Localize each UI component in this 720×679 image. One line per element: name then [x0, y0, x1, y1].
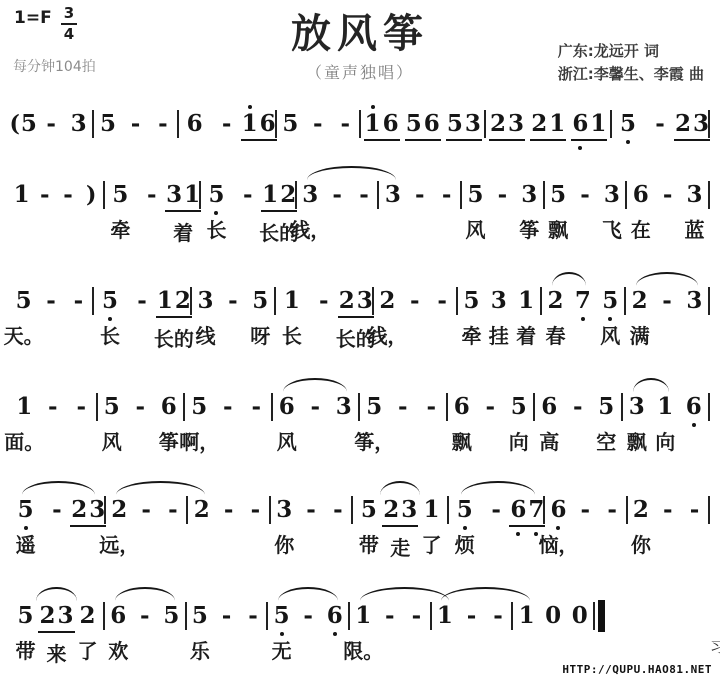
system: 5带23来2了6欢-55乐--5无-61限。--1--100: [10, 586, 605, 668]
dash-extender: -: [73, 287, 85, 315]
note: 6: [423, 110, 441, 138]
octave-dot-low: [578, 146, 582, 150]
slur-arc: [283, 378, 347, 392]
lyric-slot: 你: [271, 529, 298, 559]
note-cluster: 3: [520, 181, 538, 209]
dash-extender: -: [662, 496, 674, 524]
measure: 5长-12长的: [201, 181, 295, 247]
note-group: -: [580, 496, 592, 524]
note-cluster: 6: [453, 393, 471, 421]
slur-arc: [633, 378, 669, 392]
note-group: 5: [510, 393, 528, 421]
note-group: -: [45, 287, 57, 315]
lyric-slot: 呀: [247, 320, 274, 350]
dash-extender: -: [302, 602, 314, 630]
lyric-slot: [37, 320, 64, 350]
note-cluster: -: [227, 287, 239, 315]
note-unit: 5向: [505, 393, 534, 456]
octave-dot-low: [626, 140, 630, 144]
header: 1=F 3 4 每分钟104拍 放风筝 （童声独唱） 广东:龙远开 词 浙江:李…: [0, 0, 720, 90]
note-cluster: 16: [364, 110, 400, 141]
lyric-slot: [489, 214, 516, 244]
lyric-slot: 长的: [158, 323, 190, 353]
lyric-syllable: 无: [272, 635, 292, 664]
lyric-slot: [653, 320, 680, 350]
note-cluster: 6: [685, 393, 703, 421]
note-cluster: -: [689, 496, 701, 524]
note-unit: 61: [569, 110, 610, 141]
note-unit: 5天。: [10, 287, 37, 350]
lyric-slot: 远，: [106, 529, 133, 559]
note-cluster: 5: [111, 181, 129, 209]
note-unit: -: [644, 110, 676, 141]
note-unit: 6恼，: [545, 496, 572, 559]
note: 5: [16, 602, 34, 630]
note-unit: -: [403, 602, 430, 665]
lyric-syllable: 牵: [461, 320, 481, 349]
note-unit: 2了: [72, 602, 103, 668]
note-group: 0: [544, 602, 562, 630]
measure: 6风-3: [273, 393, 359, 456]
lyric-slot: [406, 214, 433, 244]
note-group: 6: [186, 110, 204, 138]
lyric-syllable: 筝: [159, 426, 179, 455]
measure: 3你--: [271, 496, 351, 559]
dash-extender: -: [409, 287, 421, 315]
note-unit: -: [160, 496, 187, 559]
note-group: -: [146, 181, 158, 209]
dash-extender: -: [411, 602, 423, 630]
dash-extender: -: [242, 181, 254, 209]
note-cluster: -: [312, 110, 324, 138]
note-cluster: -: [167, 496, 179, 524]
lyric-syllable: 向: [655, 426, 675, 455]
note: 1: [283, 287, 301, 315]
note-unit: -: [389, 393, 418, 456]
note-group: 1: [656, 393, 674, 421]
note-cluster: 0: [544, 602, 562, 630]
note-unit: 16: [243, 110, 275, 141]
note-cluster: 6: [326, 602, 344, 630]
lyric-syllable: 了: [422, 529, 442, 558]
slur-arc: [552, 272, 587, 286]
note-unit: 5带: [10, 602, 41, 668]
lyric-slot: 欢: [105, 635, 132, 665]
note-unit: -: [572, 496, 599, 559]
note-group: 3: [520, 181, 538, 209]
notes-row: 5遥-232远，--2--3你--5带23走1了5烦-676恼，--2你--: [10, 480, 710, 562]
measure: 5遥-23: [10, 496, 104, 562]
note-group: 6: [453, 393, 471, 421]
note-group: -: [318, 287, 330, 315]
note-group: 12: [261, 181, 297, 212]
note-cluster: 2: [193, 496, 211, 524]
note-group: -: [689, 496, 701, 524]
note-group: -: [409, 287, 421, 315]
note-group: 61: [571, 110, 607, 141]
note: 5: [162, 602, 180, 630]
measure: 5飘-3飞: [545, 181, 626, 244]
paren-open: (: [10, 110, 20, 138]
composer-credit: 浙江:李馨生、李霞 曲: [558, 63, 704, 86]
note-group: 5: [273, 602, 291, 630]
note: 5: [549, 181, 567, 209]
note-unit: 5风: [462, 181, 489, 244]
note-group: -: [227, 287, 239, 315]
note-cluster: -: [572, 393, 584, 421]
note-cluster: -: [436, 287, 448, 315]
octave-dot-high: [248, 105, 252, 109]
note-unit: -: [428, 287, 455, 350]
note: 3: [603, 181, 621, 209]
note-unit: 3飘: [623, 393, 652, 456]
note-cluster: -: [75, 393, 87, 421]
note-cluster: -: [157, 110, 169, 138]
note-group: -: [139, 602, 151, 630]
lyric-slot: 着: [167, 217, 198, 247]
lyric-slot: 春: [542, 320, 569, 350]
key-signature: 1=F 3 4: [14, 8, 77, 42]
note-group: 5: [101, 287, 119, 315]
note-cluster: -: [250, 496, 262, 524]
lyric-slot: 蓝: [681, 214, 708, 244]
lyric-slot: [401, 320, 428, 350]
note-group: -: [484, 393, 496, 421]
note: 5: [462, 287, 480, 315]
note: 2: [382, 496, 400, 524]
note-unit: 3: [65, 110, 92, 138]
note-group: 1: [354, 602, 372, 630]
lyric-slot: 线: [192, 320, 219, 350]
note-cluster: -: [339, 110, 351, 138]
note-unit: 23: [676, 110, 708, 141]
slur-arc: [636, 272, 698, 286]
measure: 1长-23长的: [276, 287, 372, 353]
lyric-slot: 带: [10, 635, 41, 665]
lyric-slot: [324, 214, 351, 244]
note-unit: -: [149, 110, 176, 138]
lyric-slot: [160, 529, 187, 559]
slur-arc: [116, 481, 206, 495]
note-cluster: -: [358, 181, 370, 209]
note-unit: 3: [379, 181, 406, 244]
note: 6: [109, 602, 127, 630]
note-cluster: 3: [628, 393, 646, 421]
lyric-slot: [56, 214, 79, 244]
note-group: -: [384, 602, 396, 630]
note-group: 21: [530, 110, 566, 141]
note-group: 2: [631, 287, 649, 315]
note-cluster: 3: [603, 181, 621, 209]
dash-extender: -: [39, 181, 51, 209]
note-group: 5: [365, 393, 383, 421]
note-unit: -: [56, 181, 79, 244]
dash-extender: -: [414, 181, 426, 209]
lyric-slot: 飞: [598, 214, 625, 244]
note-unit: 3: [681, 287, 708, 350]
note: 3: [490, 287, 508, 315]
note-unit: 7: [569, 287, 596, 350]
note-cluster: -: [305, 496, 317, 524]
note-unit: -: [654, 496, 681, 559]
note-cluster: -: [62, 181, 74, 209]
lyric-slot: [126, 426, 155, 456]
lyric-slot: 飘: [545, 214, 572, 244]
dash-extender: -: [223, 496, 235, 524]
note-unit: -: [37, 110, 64, 138]
note-group: 3: [686, 181, 704, 209]
note-unit: 5: [277, 110, 304, 138]
note: 2: [489, 110, 507, 138]
note-unit: -: [122, 110, 149, 138]
note-cluster: 1: [283, 287, 301, 315]
note-cluster: -: [146, 181, 158, 209]
note: 5: [597, 393, 615, 421]
note-group: -: [312, 110, 324, 138]
note-unit: -: [351, 181, 378, 244]
dash-extender: -: [157, 110, 169, 138]
note-group: 23: [338, 287, 374, 318]
note-group: 6: [549, 496, 567, 524]
lyric-syllable: 满: [630, 320, 650, 349]
note: 3: [165, 181, 183, 209]
lyric-syllable: 长: [100, 320, 120, 349]
note: 3: [356, 287, 374, 315]
note-unit: 5带: [353, 496, 384, 562]
note-cluster: 16: [241, 110, 277, 141]
time-signature-denominator: 4: [61, 25, 77, 43]
note-group: -: [654, 110, 666, 138]
note: 3: [70, 110, 88, 138]
dash-extender: -: [339, 110, 351, 138]
note: 3: [686, 181, 704, 209]
dash-extender: -: [318, 287, 330, 315]
note-cluster: 5: [101, 287, 119, 315]
octave-dot-high: [371, 105, 375, 109]
note-group: -: [242, 181, 254, 209]
note-unit: 3飞: [598, 181, 625, 244]
note-unit: 2满: [626, 287, 653, 350]
lyric-slot: [158, 635, 185, 665]
lyric-slot: [681, 320, 708, 350]
system: 5天。--5长-12长的3线-5呀1长-23长的2线，--5牵3挂1着2春75风…: [10, 271, 710, 353]
lyric-slot: [389, 426, 418, 456]
note-unit: -: [332, 110, 359, 138]
note-group: -: [606, 496, 618, 524]
note: 6: [326, 602, 344, 630]
note-group: -: [130, 110, 142, 138]
note-group: 5: [16, 602, 34, 630]
notes-row: 5天。--5长-12长的3线-5呀1长-23长的2线，--5牵3挂1着2春75风…: [10, 271, 710, 353]
measure: 3线，--: [297, 181, 378, 244]
note-unit: -: [301, 393, 330, 456]
note-unit: 2线，: [374, 287, 401, 350]
note-cluster: -: [136, 287, 148, 315]
lyric-syllable: 遥: [16, 529, 36, 558]
measure: 3--: [379, 181, 460, 244]
note-cluster: -: [662, 496, 674, 524]
note: 1: [354, 602, 372, 630]
time-signature-numerator: 3: [61, 5, 77, 25]
note: 7: [527, 496, 545, 524]
dash-extender: -: [492, 602, 504, 630]
note: 5: [207, 181, 225, 209]
note-group: 1: [283, 287, 301, 315]
note-cluster: 5: [16, 602, 34, 630]
note-cluster: 1: [436, 602, 454, 630]
measure: 5啊，--: [185, 393, 271, 456]
note: 3: [520, 181, 538, 209]
note-group: -: [358, 181, 370, 209]
note-group: -: [662, 181, 674, 209]
note-unit: -: [401, 287, 428, 350]
note: 2: [279, 181, 297, 209]
measure: 6欢-5: [105, 602, 185, 665]
note-cluster: 5: [273, 602, 291, 630]
note-group: -: [157, 110, 169, 138]
lyric-slot: [569, 320, 596, 350]
note-group: 6: [109, 602, 127, 630]
note-cluster: (5: [10, 110, 38, 138]
note-group: 6: [540, 393, 558, 421]
note-cluster: 3: [384, 181, 402, 209]
note: 5: [20, 110, 38, 138]
note: 5: [360, 496, 378, 524]
lyric-slot: 风: [98, 426, 127, 456]
dash-extender: -: [384, 602, 396, 630]
lyric-slot: 满: [626, 320, 653, 350]
lyric-slot: 着: [512, 320, 539, 350]
note-group: 53: [446, 110, 482, 141]
note-unit: -: [572, 181, 599, 244]
note-cluster: 3: [70, 110, 88, 138]
lyric-slot: [324, 529, 351, 559]
note-group: ): [86, 181, 96, 209]
lyric-syllable: 长: [282, 320, 302, 349]
lyric-syllable: 你: [274, 529, 294, 558]
note-group: 3: [603, 181, 621, 209]
note: 3: [275, 496, 293, 524]
note-group: 12: [156, 287, 192, 318]
key-label: 1=F: [14, 8, 52, 28]
lyric-slot: [10, 214, 33, 244]
lyric-slot: [680, 426, 709, 456]
dash-extender: -: [484, 393, 496, 421]
lyric-slot: 恼，: [545, 529, 572, 559]
note: 1: [436, 602, 454, 630]
note-cluster: -: [466, 602, 478, 630]
system: 1面。--5风-6筝5啊，--6风-35筝，--6飘-5向6高-5空3飘1向6: [10, 377, 710, 456]
note-cluster: 5: [619, 110, 637, 138]
note-group: 2: [110, 496, 128, 524]
note-unit: 5遥: [10, 496, 41, 562]
note: 5: [190, 393, 208, 421]
note-cluster: -: [309, 393, 321, 421]
slur-arc: [278, 587, 338, 601]
note: 2: [38, 602, 56, 630]
note-unit: 16: [361, 110, 402, 141]
note: 5: [619, 110, 637, 138]
note-group: 5: [601, 287, 619, 315]
lyric-syllable: 长的: [154, 323, 194, 352]
lyric-slot: 飘: [448, 426, 477, 456]
lyric-slot: 长: [94, 320, 126, 350]
measure: 2线，--: [374, 287, 456, 350]
lyric-slot: 在: [627, 214, 654, 244]
note-unit: -: [242, 393, 271, 456]
note-group: -: [51, 496, 63, 524]
dash-extender: -: [425, 393, 437, 421]
lyric-slot: [213, 635, 240, 665]
note-cluster: -: [51, 496, 63, 524]
lyric-slot: 带: [353, 529, 384, 559]
lyric-slot: [136, 214, 167, 244]
measure: 1面。--: [10, 393, 96, 456]
measure: 2春75风: [542, 287, 624, 350]
note-cluster: -: [662, 181, 674, 209]
lyric-slot: [654, 529, 681, 559]
lyric-syllable: 呀: [250, 320, 270, 349]
note-cluster: 1: [517, 287, 535, 315]
note-cluster: -: [579, 181, 591, 209]
note-cluster: 6: [549, 496, 567, 524]
note-cluster: 5: [251, 287, 269, 315]
note-group: -: [167, 496, 179, 524]
note-group: 3: [628, 393, 646, 421]
lyric-slot: [65, 320, 92, 350]
note-cluster: -: [414, 181, 426, 209]
note-cluster: 7: [574, 287, 592, 315]
slur-arc: [380, 481, 420, 495]
note-group: 5: [111, 181, 129, 209]
note-group: -: [140, 496, 152, 524]
note-cluster: 6: [278, 393, 296, 421]
note: 1: [589, 110, 607, 138]
lyric-slot: [432, 635, 459, 665]
note-unit: -: [214, 393, 243, 456]
note-cluster: -: [318, 287, 330, 315]
note-group: 23: [674, 110, 710, 141]
note-unit: -: [681, 496, 708, 559]
note-cluster: -: [139, 602, 151, 630]
measure: 232161: [486, 110, 609, 141]
note-unit: 5牵: [105, 181, 136, 247]
note-unit: 3挂: [485, 287, 512, 350]
note-group: 5: [190, 393, 208, 421]
lyric-slot: 来: [41, 638, 72, 668]
measure: 5--: [94, 110, 176, 138]
note-unit: -: [433, 181, 460, 244]
note: 2: [78, 602, 96, 630]
note-unit: 1着: [512, 287, 539, 350]
note-cluster: -: [332, 496, 344, 524]
note-unit: 3你: [271, 496, 298, 559]
measure: 5风-6筝: [98, 393, 184, 456]
lyric-syllable: 牵: [110, 214, 130, 243]
dash-extender: -: [466, 602, 478, 630]
note: 3: [384, 181, 402, 209]
note-cluster: -: [134, 393, 146, 421]
note-unit: -: [304, 110, 331, 138]
note-unit: 2春: [542, 287, 569, 350]
sheet-music-page: 1=F 3 4 每分钟104拍 放风筝 （童声独唱） 广东:龙远开 词 浙江:李…: [0, 0, 720, 679]
note: 5: [281, 110, 299, 138]
lyric-slot: [566, 635, 593, 665]
note: 3: [507, 110, 525, 138]
note-unit: -: [242, 496, 269, 559]
note-group: 5: [251, 287, 269, 315]
note: 6: [382, 110, 400, 138]
